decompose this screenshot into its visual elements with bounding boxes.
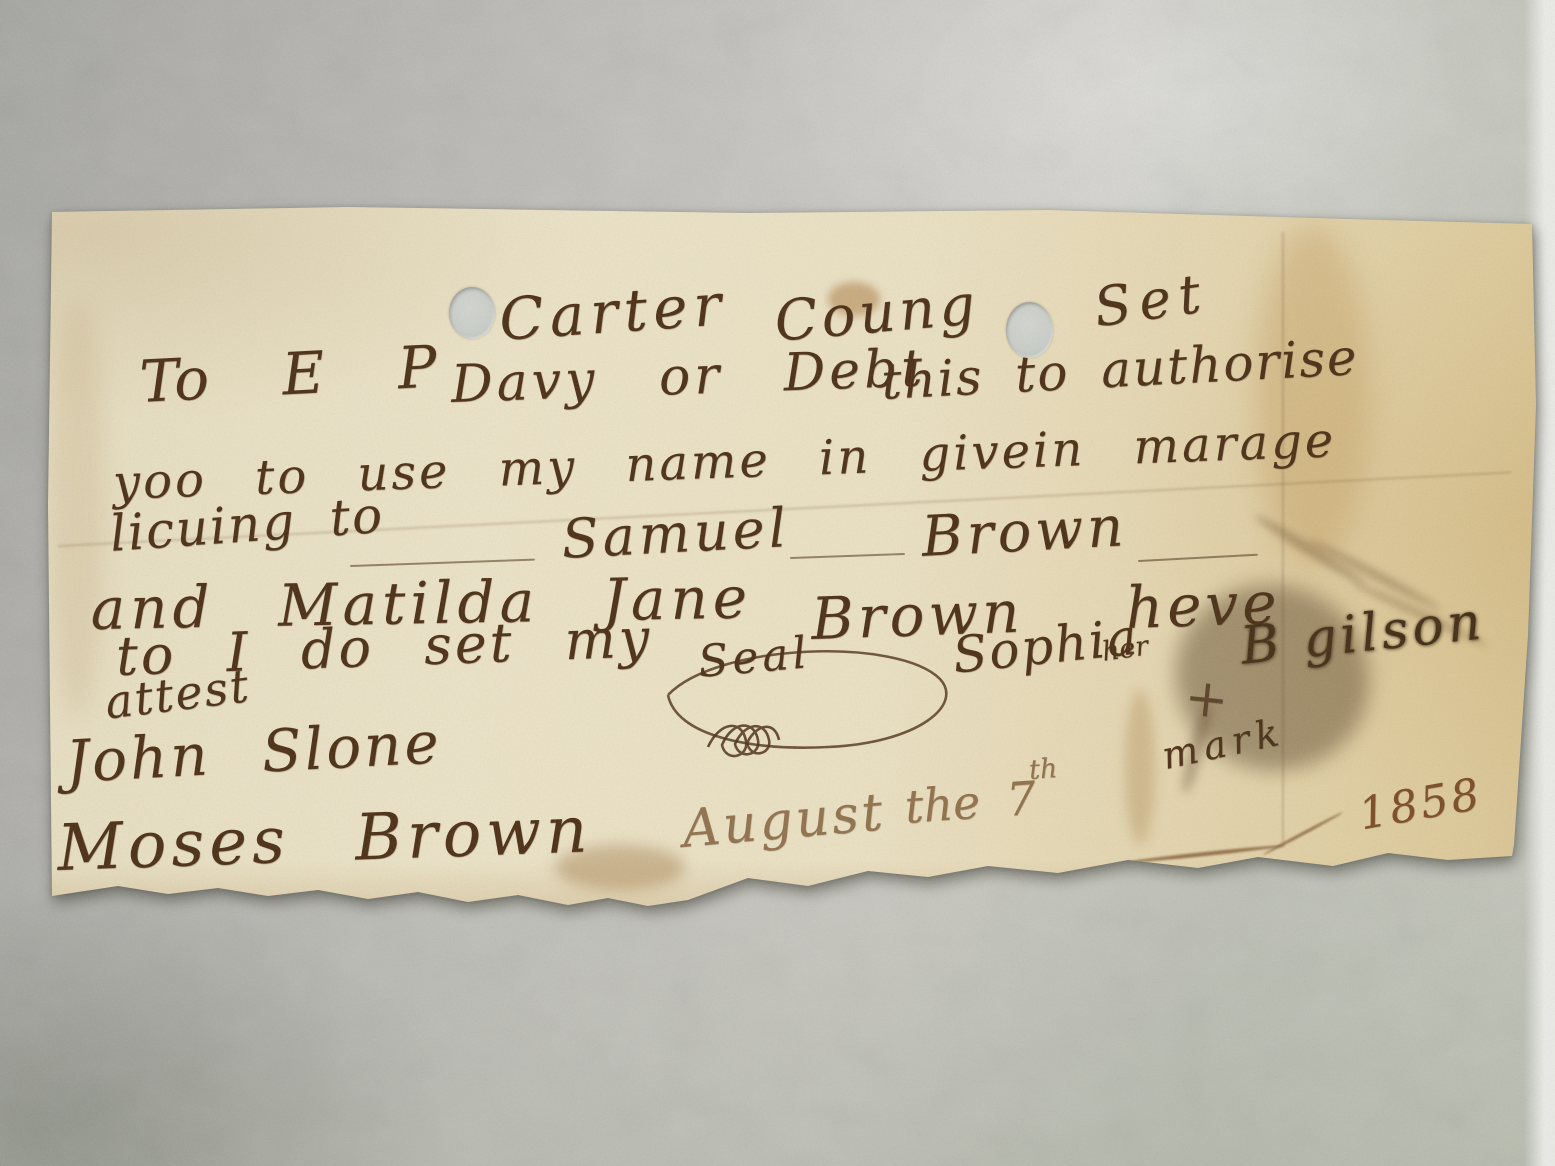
hw-county-name: Carter — [497, 270, 729, 354]
stain-left-edge-aging — [50, 300, 105, 720]
fold-crease-vertical — [1282, 232, 1284, 847]
hw-date-month: August — [680, 782, 888, 859]
hw-salutation-to-ep: To E P — [138, 332, 438, 415]
hw-date-day: the 7 — [903, 771, 1038, 834]
fiber-stain-1 — [1125, 844, 1285, 865]
hw-seal-word: Seal — [696, 627, 813, 688]
punch-hole-right — [1006, 302, 1053, 358]
ink-flourish-dash-3 — [1138, 554, 1258, 562]
ink-flourish-dash-1 — [350, 559, 535, 567]
hw-this-to-authorise: this to authorise — [880, 328, 1360, 411]
hw-groom-last-name: Brown — [920, 494, 1129, 570]
hw-witness-moses-brown: Moses Brown — [56, 793, 593, 886]
hw-date-ordinal: th — [1028, 753, 1058, 786]
hw-set-abbrev: Set — [1090, 261, 1212, 339]
punch-hole-left — [449, 287, 495, 339]
ink-flourish-dash-2 — [790, 553, 905, 559]
fiber-stain-2 — [1263, 811, 1344, 856]
document-paper: Carter Coung Set To E P Davy or Debt thi… — [48, 205, 1536, 910]
hw-her-word: her — [1100, 631, 1150, 668]
stain-right-streak — [1255, 225, 1370, 565]
stain-center-vertical-streak — [1125, 690, 1155, 845]
paper-shadow-wrap: Carter Coung Set To E P Davy or Debt thi… — [48, 205, 1536, 910]
document-photograph: Carter Coung Set To E P Davy or Debt thi… — [0, 0, 1555, 1166]
hw-groom-first-name: Samuel — [560, 496, 791, 571]
hw-date-year: 1858 — [1355, 768, 1486, 840]
